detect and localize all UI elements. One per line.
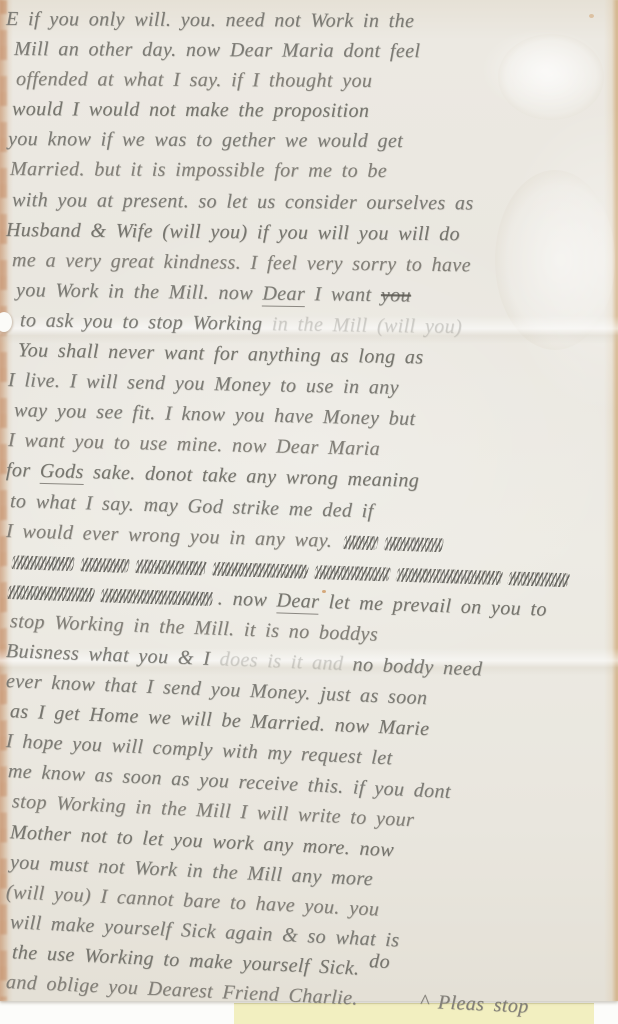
handwritten-text: in the Mill (will you) <box>272 313 463 338</box>
scribbled-out-text <box>6 585 95 602</box>
scribbled-out-text <box>507 571 570 587</box>
letter-line: you know if we was to gether we would ge… <box>6 124 614 157</box>
handwritten-text: no boddy need <box>343 653 483 680</box>
handwritten-text: offended at what I say. if I thought you <box>16 68 372 92</box>
handwritten-text: Married. but it is impossible for me to … <box>10 158 387 182</box>
scribbled-out-text <box>395 567 503 584</box>
handwritten-text: with you at present. so let us consider … <box>12 189 474 214</box>
handwritten-text: Mill an other day. now Dear Maria dont f… <box>14 38 421 62</box>
letter-line: would I would not make the proposition <box>6 94 614 127</box>
handwritten-text: do <box>369 950 391 973</box>
scribbled-out-text <box>342 535 379 550</box>
handwritten-text: Dear <box>276 589 320 614</box>
handwritten-text: E if you only will. you. need not Work i… <box>6 8 414 32</box>
handwritten-text: you know if we was to gether we would ge… <box>8 128 403 152</box>
scribbled-out-text <box>134 559 207 575</box>
letter-paper: E if you only will. you. need not Work i… <box>0 0 618 1001</box>
scribbled-out-text <box>10 555 75 571</box>
handwritten-text: Husband & Wife (will you) if you will yo… <box>6 219 460 245</box>
handwritten-text: . now <box>217 587 276 611</box>
handwritten-text: me a very great kindness. I feel very so… <box>12 249 471 276</box>
scribbled-out-text <box>99 588 214 606</box>
scribbled-out-text <box>211 561 309 578</box>
letter-line: with you at present. so let us consider … <box>6 185 614 220</box>
handwritten-text: to ask you to stop Working <box>20 309 272 335</box>
handwritten-text: let me prevail on you to <box>319 591 547 621</box>
handwritten-text: Buisness what you & I <box>6 640 220 670</box>
letter-body: E if you only will. you. need not Work i… <box>6 4 614 1001</box>
letter-line: Mill an other day. now Dear Maria dont f… <box>6 34 614 67</box>
handwritten-text: does is it and <box>219 648 343 675</box>
scribbled-out-text <box>383 536 444 552</box>
scribbled-out-text <box>313 565 391 581</box>
handwritten-text: you <box>381 284 411 306</box>
letter-line: offended at what I say. if I thought you <box>6 64 614 97</box>
handwritten-text: sake. donot take any wrong meaning <box>83 461 419 492</box>
handwritten-text: You shall never want for anything as lon… <box>18 339 424 368</box>
handwritten-text: for <box>6 459 41 482</box>
scanned-letter-page: E if you only will. you. need not Work i… <box>0 0 618 1024</box>
handwritten-text: Gods <box>40 460 84 485</box>
letter-line: Married. but it is impossible for me to … <box>6 154 614 187</box>
handwritten-text: way you see fit. I know you have Money b… <box>14 399 416 430</box>
letter-line: E if you only will. you. need not Work i… <box>6 4 614 37</box>
scribbled-out-text <box>79 557 130 572</box>
handwritten-text: I live. I will send you Money to use in … <box>8 369 399 399</box>
handwritten-text: I want <box>305 283 381 306</box>
handwritten-text: ^ Pleas stop <box>419 991 529 1018</box>
handwritten-text: you Work in the Mill. now <box>16 279 263 304</box>
handwritten-text: Dear <box>262 282 305 307</box>
handwritten-text: would I would not make the proposition <box>12 98 369 122</box>
